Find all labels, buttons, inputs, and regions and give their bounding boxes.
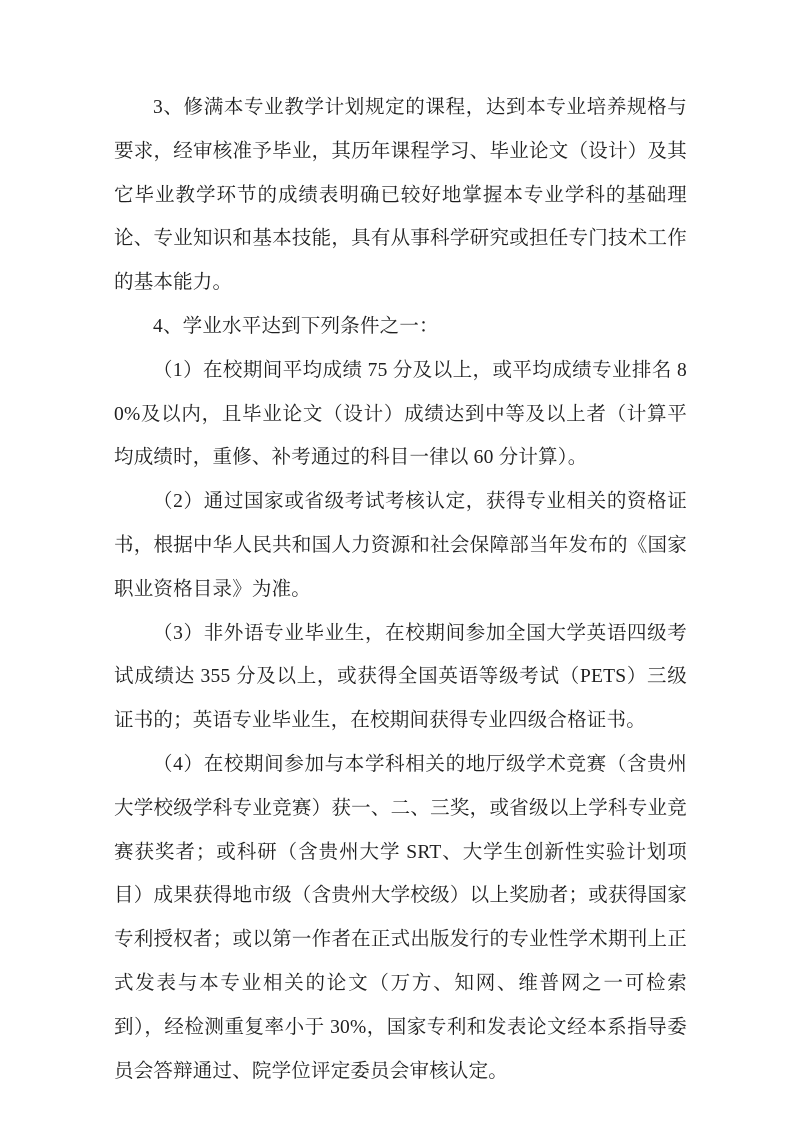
paragraph-clause-4-item-2: （2）通过国家或省级考试考核认定，获得专业相关的资格证书，根据中华人民共和国人力… <box>114 480 687 611</box>
paragraph-clause-4-item-4: （4）在校期间参加与本学科相关的地厅级学术竞赛（含贵州大学校级学科专业竞赛）获一… <box>114 743 687 1093</box>
paragraph-clause-4-heading: 4、学业水平达到下列条件之一： <box>114 305 687 349</box>
paragraph-clause-4-item-3: （3）非外语专业毕业生，在校期间参加全国大学英语四级考试成绩达 355 分及以上… <box>114 612 687 743</box>
paragraph-clause-3: 3、修满本专业教学计划规定的课程，达到本专业培养规格与要求，经审核准予毕业，其历… <box>114 86 687 305</box>
document-page: 3、修满本专业教学计划规定的课程，达到本专业培养规格与要求，经审核准予毕业，其历… <box>0 0 793 1122</box>
paragraph-clause-4-item-1: （1）在校期间平均成绩 75 分及以上，或平均成绩专业排名 80%及以内，且毕业… <box>114 349 687 480</box>
document-body: 3、修满本专业教学计划规定的课程，达到本专业培养规格与要求，经审核准予毕业，其历… <box>114 86 687 1093</box>
